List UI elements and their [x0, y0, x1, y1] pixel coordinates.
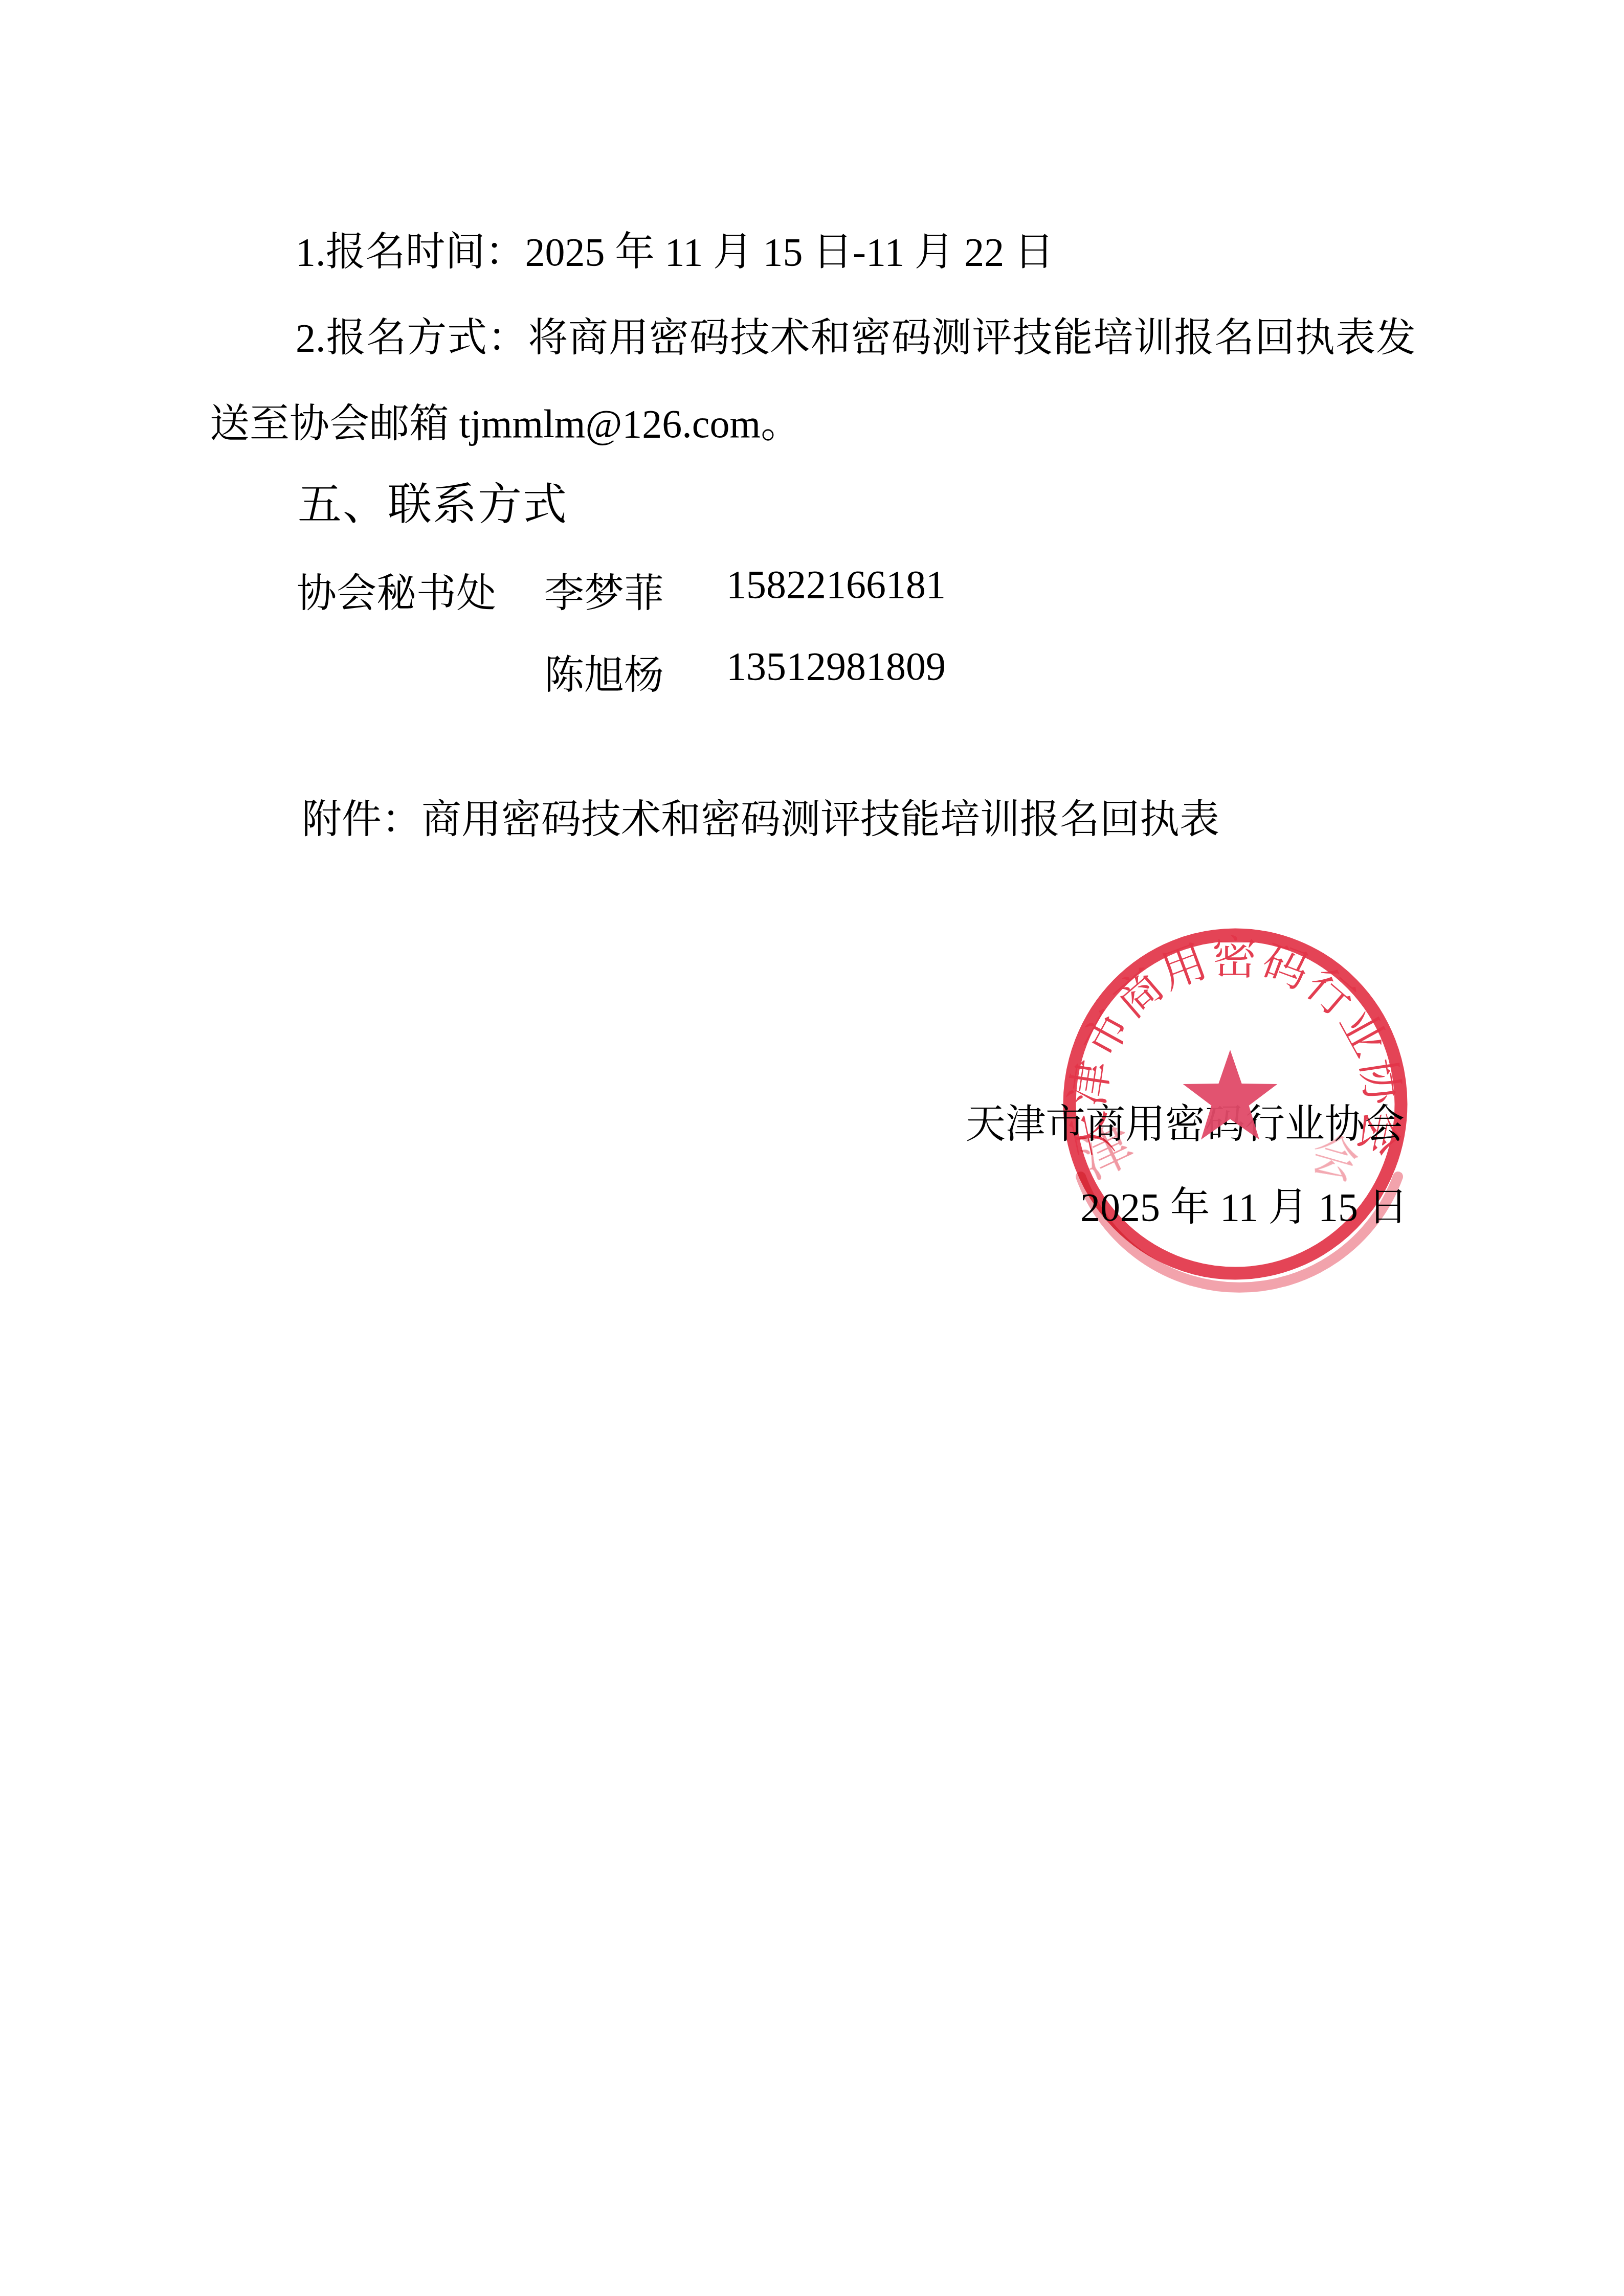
registration-method-line-2: 送至协会邮箱 tjmmlm@126.com。 — [210, 402, 800, 446]
contact-person-name: 李梦菲 — [544, 561, 664, 619]
contact-person-phone: 15822166181 — [726, 561, 946, 607]
contact-department: 协会秘书处 — [297, 561, 496, 619]
contact-row-2: 陈旭杨 13512981809 — [0, 643, 1624, 694]
official-seal-stamp: 津 会 天津市商用密码行业协会 — [1046, 915, 1427, 1296]
seal-smear-marks: 津 会 — [1072, 1116, 1398, 1288]
registration-time-line: 1.报名时间：2025 年 11 月 15 日-11 月 22 日 — [296, 230, 1054, 274]
contact-section-heading: 五、联系方式 — [298, 481, 568, 529]
registration-method-line-1: 2.报名方式：将商用密码技术和密码测评技能培训报名回执表发 — [296, 316, 1416, 360]
seal-arc-text: 天津市商用密码行业协会 — [1063, 934, 1407, 1162]
contact-person-name: 陈旭杨 — [544, 643, 664, 701]
contact-person-phone: 13512981809 — [726, 643, 946, 689]
star-icon — [1183, 1050, 1278, 1140]
contact-row-1: 协会秘书处 李梦菲 15822166181 — [0, 561, 1624, 613]
attachment-line: 附件：商用密码技术和密码测评技能培训报名回执表 — [302, 798, 1219, 842]
document-page: 1.报名时间：2025 年 11 月 15 日-11 月 22 日 2.报名方式… — [0, 0, 1624, 2296]
